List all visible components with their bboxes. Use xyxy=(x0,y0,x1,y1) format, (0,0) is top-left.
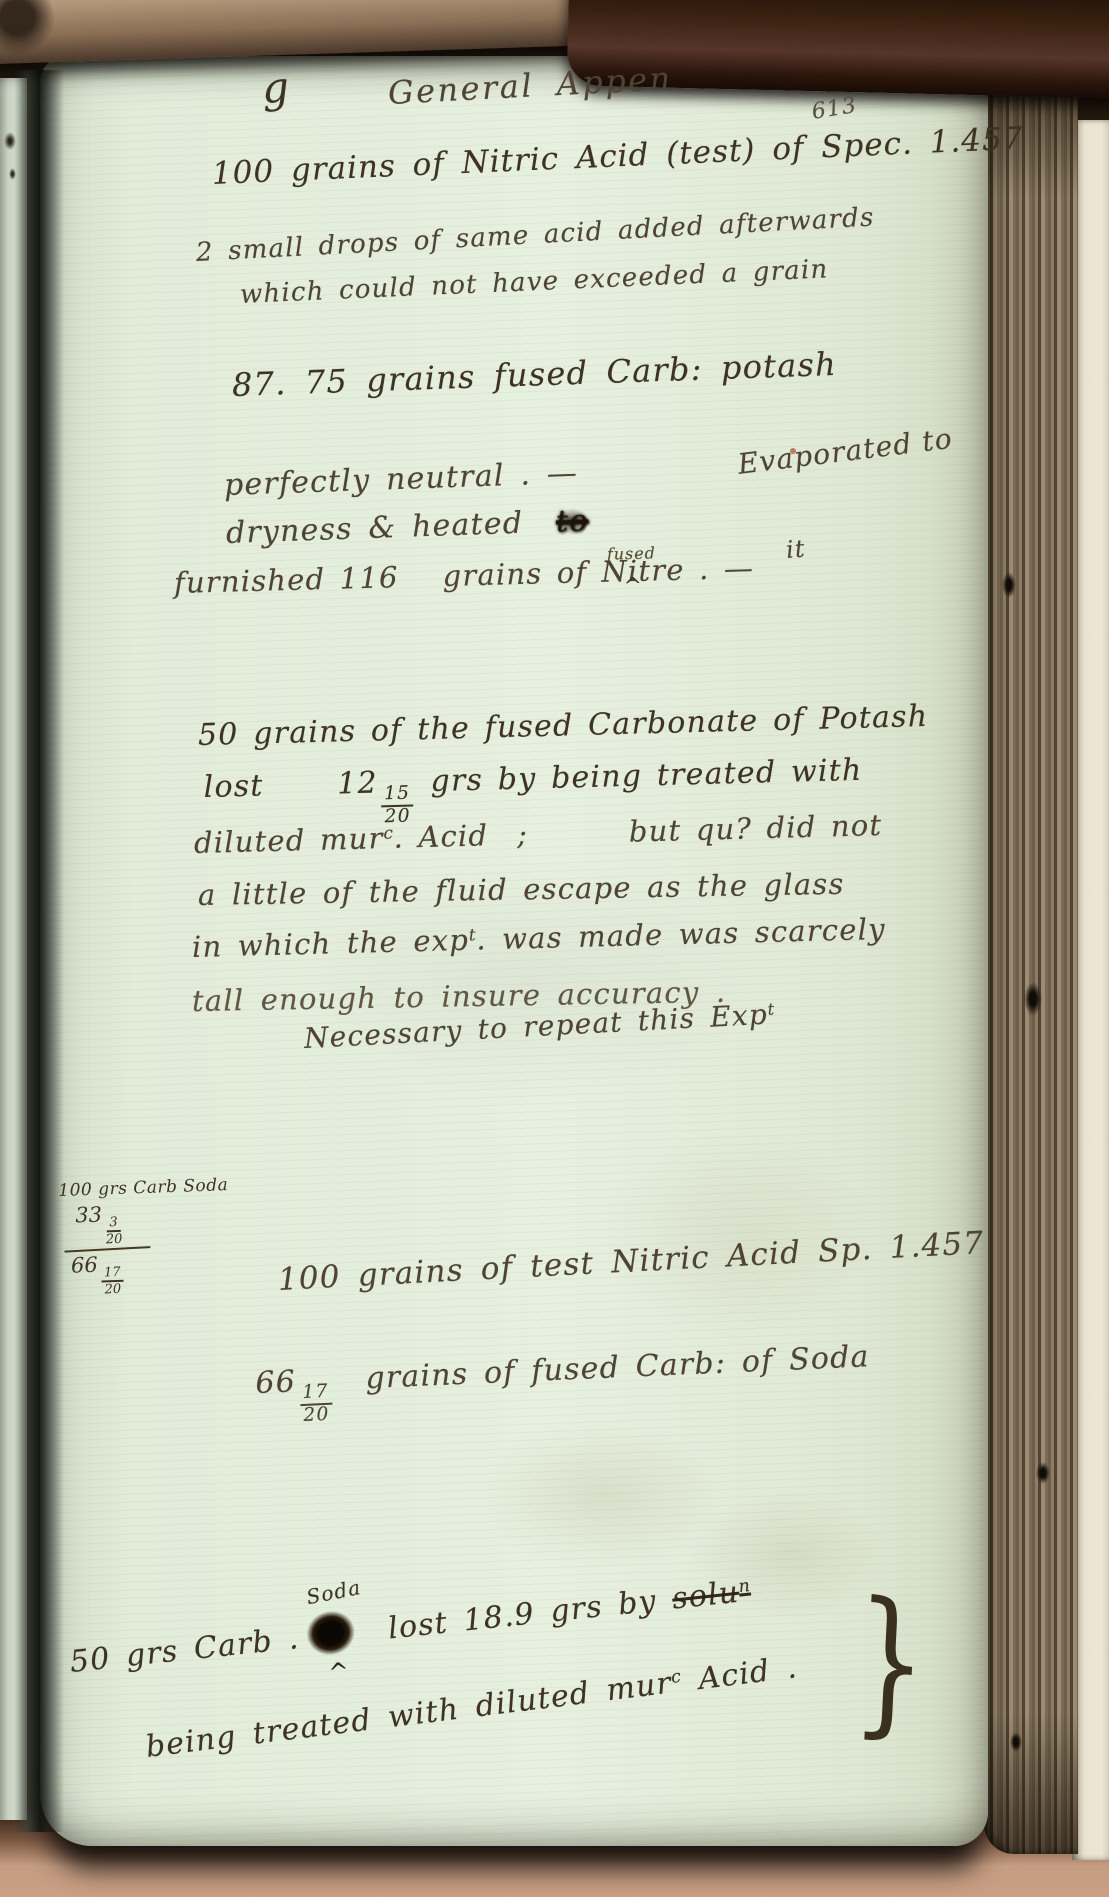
fraction-17-20: 1720 xyxy=(299,1383,333,1426)
binding-gutter xyxy=(14,70,64,1832)
fraction-denominator: 20 xyxy=(303,1404,330,1425)
fraction-3-20: 320 xyxy=(105,1216,123,1247)
insertion-it: it xyxy=(785,534,807,564)
fore-edge-spot xyxy=(1002,572,1016,598)
margin-calculation: 100 grs Carb Soda 33320 661720 xyxy=(58,1175,232,1298)
manuscript-photo: g General Appen 613 100 grains of Nitric… xyxy=(0,0,1109,1897)
calc-result: 66 xyxy=(71,1253,99,1278)
fraction-numerator: 17 xyxy=(299,1383,332,1406)
nitre-with-insertion: fusedNitre . —^ xyxy=(601,551,755,589)
fraction-numerator: 3 xyxy=(106,1216,121,1233)
insertion-fused: fused xyxy=(607,544,656,564)
calc-minuend: 33 xyxy=(75,1202,103,1227)
fraction-numerator: 17 xyxy=(101,1266,124,1283)
closing-brace: } xyxy=(849,1553,932,1771)
struck-word-to: to xyxy=(550,503,594,539)
superscript-t: t xyxy=(767,999,775,1018)
fraction-numerator: 15 xyxy=(381,785,414,807)
section-mark: g xyxy=(260,62,291,113)
superscript-c: c xyxy=(383,823,393,843)
fraction-denominator: 20 xyxy=(104,1282,121,1297)
crossed-out-word-blot: Soda^ xyxy=(305,1612,363,1657)
photo-corner-shadow xyxy=(0,0,130,130)
gap xyxy=(399,586,443,587)
struck-text: solu xyxy=(670,1575,740,1617)
fore-edge-spot xyxy=(1036,1462,1050,1484)
fore-edge-pages xyxy=(984,92,1078,1854)
in-which-exp: in which the exp xyxy=(192,923,470,964)
superscript-n: n xyxy=(738,1576,752,1597)
furnished-116: furnished 116 xyxy=(174,560,400,600)
caret-mark: ^ xyxy=(327,1657,351,1687)
qty-66: 66 xyxy=(255,1364,297,1401)
grains-of: grains of xyxy=(442,555,588,593)
fraction-17-20: 1720 xyxy=(101,1266,125,1297)
struck-word-soln: solun xyxy=(670,1574,752,1617)
calc-minuend-row: 33320 xyxy=(75,1198,230,1247)
fraction-denominator: 20 xyxy=(106,1232,123,1247)
fore-edge-spot xyxy=(1010,1732,1022,1752)
fore-edge-spot xyxy=(1024,982,1042,1016)
calc-result-row: 661720 xyxy=(71,1248,232,1298)
lost-12: lost 12 xyxy=(203,765,378,805)
caret-mark: ^ xyxy=(623,574,643,600)
diluted-mur: diluted mur xyxy=(194,821,384,860)
